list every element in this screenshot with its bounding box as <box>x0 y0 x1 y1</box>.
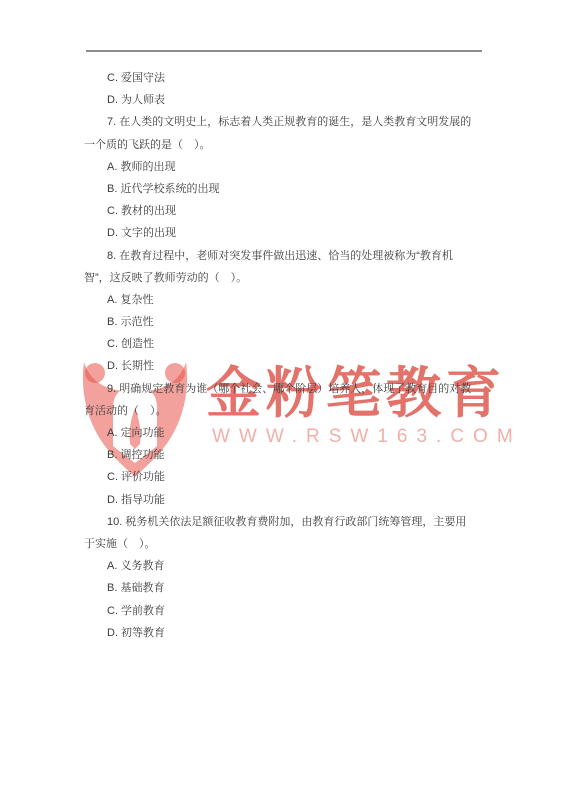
option-line: A. 复杂性 <box>84 289 484 311</box>
option-line: C. 爱国守法 <box>84 67 484 89</box>
option-line: C. 评价功能 <box>84 466 484 488</box>
question-stem-line: 9. 明确规定教育为谁（哪个社会、哪个阶层）培养人，体现了教育目的对教 <box>84 378 484 400</box>
question-stem-line: 于实施（ ）。 <box>84 533 484 555</box>
question-stem-line: 10. 税务机关依法足额征收教育费附加，由教育行政部门统筹管理，主要用 <box>84 511 484 533</box>
option-line: D. 初等教育 <box>84 622 484 644</box>
exam-page: 金粉笔教育 WWW.RSW163.COM C. 爱国守法 D. 为人师表 7. … <box>0 0 565 800</box>
question-stem-line: 8. 在教育过程中，老师对突发事件做出迅速、恰当的处理被称为“教育机 <box>84 245 484 267</box>
question-stem-line: 7. 在人类的文明史上，标志着人类正规教育的诞生，是人类教育文明发展的 <box>84 111 484 133</box>
option-line: B. 示范性 <box>84 311 484 333</box>
option-line: A. 教师的出现 <box>84 156 484 178</box>
option-line: A. 定向功能 <box>84 422 484 444</box>
document-body: C. 爱国守法 D. 为人师表 7. 在人类的文明史上，标志着人类正规教育的诞生… <box>84 67 484 644</box>
option-line: D. 文字的出现 <box>84 222 484 244</box>
option-line: C. 创造性 <box>84 333 484 355</box>
option-line: B. 基础教育 <box>84 577 484 599</box>
header-rule <box>86 50 482 52</box>
option-line: B. 调控功能 <box>84 444 484 466</box>
option-line: D. 指导功能 <box>84 489 484 511</box>
option-line: A. 义务教育 <box>84 555 484 577</box>
question-stem-line: 一个质的飞跃的是（ ）。 <box>84 134 484 156</box>
question-stem-line: 智”，这反映了教师劳动的（ ）。 <box>84 267 484 289</box>
option-line: D. 长期性 <box>84 355 484 377</box>
option-line: B. 近代学校系统的出现 <box>84 178 484 200</box>
option-line: C. 学前教育 <box>84 600 484 622</box>
option-line: D. 为人师表 <box>84 89 484 111</box>
option-line: C. 教材的出现 <box>84 200 484 222</box>
question-stem-line: 育活动的（ ）。 <box>84 400 484 422</box>
